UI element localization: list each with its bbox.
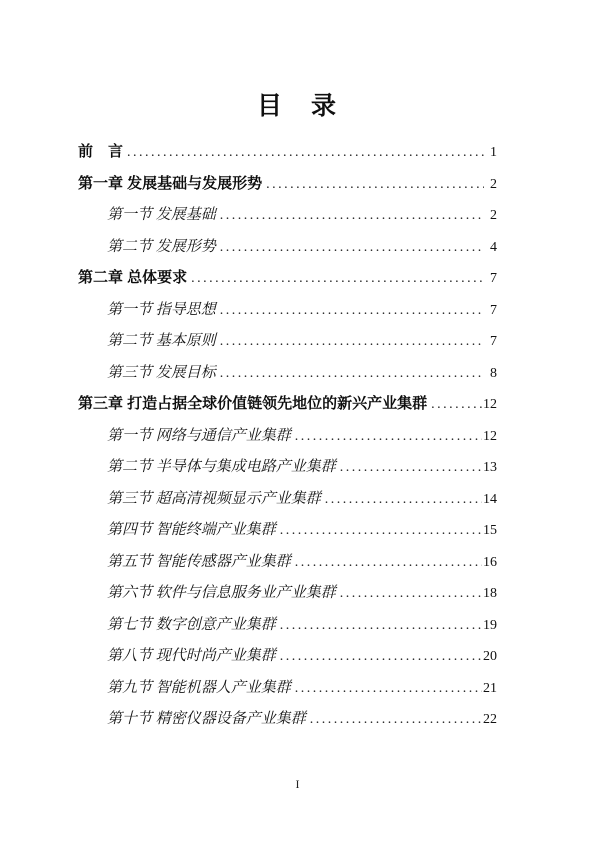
toc-entry-page: 8 <box>485 366 497 382</box>
dot-leader: ........................................… <box>431 397 482 413</box>
toc-entry-page: 12 <box>483 397 497 413</box>
dot-leader: ........................................… <box>280 523 482 539</box>
dot-leader: ........................................… <box>325 492 482 508</box>
toc-entry[interactable]: 第一章 发展基础与发展形势 ..........................… <box>78 172 497 204</box>
toc-entry[interactable]: 第二章 总体要求 ...............................… <box>78 266 497 298</box>
toc-entry-page: 14 <box>483 492 497 508</box>
toc-entry-page: 7 <box>485 271 497 287</box>
toc-entry-page: 22 <box>483 712 497 728</box>
dot-leader: ........................................… <box>220 303 484 319</box>
dot-leader: ........................................… <box>191 271 484 287</box>
dot-leader: ........................................… <box>295 429 482 445</box>
toc-page: 目 录 前 言 ................................… <box>0 0 595 841</box>
toc-entry-label: 第十节 精密仪器设备产业集群 <box>107 707 306 728</box>
toc-entry-page: 18 <box>483 586 497 602</box>
toc-entry[interactable]: 第八节 现代时尚产业集群 ...........................… <box>78 644 497 676</box>
toc-entry[interactable]: 第一节 发展基础 ...............................… <box>78 203 497 235</box>
toc-entry-page: 2 <box>485 208 497 224</box>
toc-entry-page: 2 <box>485 177 497 193</box>
toc-entry-label: 第二节 基本原则 <box>107 329 216 350</box>
toc-entry[interactable]: 第七节 数字创意产业集群 ...........................… <box>78 613 497 645</box>
toc-entry-label: 第七节 数字创意产业集群 <box>107 613 276 634</box>
toc-entry-page: 15 <box>483 523 497 539</box>
page-title: 目 录 <box>0 86 595 122</box>
toc-entry-label: 第三节 超高清视频显示产业集群 <box>107 487 321 508</box>
toc-entry-page: 21 <box>483 681 497 697</box>
toc-entry[interactable]: 第二节 半导体与集成电路产业集群 .......................… <box>78 455 497 487</box>
toc-entry[interactable]: 第一节 指导思想 ...............................… <box>78 298 497 330</box>
toc-entry[interactable]: 第十节 精密仪器设备产业集群 .........................… <box>78 707 497 739</box>
toc-entry[interactable]: 第二节 基本原则 ...............................… <box>78 329 497 361</box>
toc-entry-page: 20 <box>483 649 497 665</box>
toc-entry-page: 19 <box>483 618 497 634</box>
toc-entry-page: 13 <box>483 460 497 476</box>
dot-leader: ........................................… <box>340 460 482 476</box>
toc-entry-label: 第一节 网络与通信产业集群 <box>107 424 291 445</box>
toc-entry-page: 4 <box>485 240 497 256</box>
toc-entry-label: 第二章 总体要求 <box>78 266 187 287</box>
dot-leader: ........................................… <box>295 555 482 571</box>
toc-entry-label: 前 言 <box>78 140 123 161</box>
toc-entry-label: 第九节 智能机器人产业集群 <box>107 676 291 697</box>
toc-entry-label: 第六节 软件与信息服务业产业集群 <box>107 581 336 602</box>
toc-entry[interactable]: 第九节 智能机器人产业集群 ..........................… <box>78 676 497 708</box>
toc-entry-page: 1 <box>485 145 497 161</box>
toc-entry-label: 第一节 发展基础 <box>107 203 216 224</box>
toc-entry[interactable]: 第二节 发展形势 ...............................… <box>78 235 497 267</box>
toc-entry[interactable]: 第一节 网络与通信产业集群 ..........................… <box>78 424 497 456</box>
toc-entry[interactable]: 第四节 智能终端产业集群 ...........................… <box>78 518 497 550</box>
toc-entry-label: 第四节 智能终端产业集群 <box>107 518 276 539</box>
toc-entry[interactable]: 第六节 软件与信息服务业产业集群 .......................… <box>78 581 497 613</box>
dot-leader: ........................................… <box>295 681 482 697</box>
toc-entry-label: 第三章 打造占据全球价值链领先地位的新兴产业集群 <box>78 392 427 413</box>
toc-entry[interactable]: 第五节 智能传感器产业集群 ..........................… <box>78 550 497 582</box>
dot-leader: ........................................… <box>220 240 484 256</box>
toc-entry[interactable]: 第三节 超高清视频显示产业集群 ........................… <box>78 487 497 519</box>
dot-leader: ........................................… <box>280 618 482 634</box>
toc-entry-label: 第五节 智能传感器产业集群 <box>107 550 291 571</box>
toc-entry[interactable]: 第三节 发展目标 ...............................… <box>78 361 497 393</box>
dot-leader: ........................................… <box>220 208 484 224</box>
toc-list: 前 言 ....................................… <box>78 140 497 739</box>
footer-page-number: I <box>0 777 595 792</box>
toc-entry-label: 第一章 发展基础与发展形势 <box>78 172 262 193</box>
toc-entry-page: 12 <box>483 429 497 445</box>
toc-entry-label: 第八节 现代时尚产业集群 <box>107 644 276 665</box>
toc-entry-label: 第二节 半导体与集成电路产业集群 <box>107 455 336 476</box>
dot-leader: ........................................… <box>220 334 484 350</box>
dot-leader: ........................................… <box>310 712 482 728</box>
dot-leader: ........................................… <box>280 649 482 665</box>
dot-leader: ........................................… <box>127 145 484 161</box>
toc-entry[interactable]: 前 言 ....................................… <box>78 140 497 172</box>
toc-entry-page: 16 <box>483 555 497 571</box>
dot-leader: ........................................… <box>220 366 484 382</box>
toc-entry-label: 第三节 发展目标 <box>107 361 216 382</box>
toc-entry-page: 7 <box>485 334 497 350</box>
toc-entry[interactable]: 第三章 打造占据全球价值链领先地位的新兴产业集群 ...............… <box>78 392 497 424</box>
dot-leader: ........................................… <box>340 586 482 602</box>
toc-entry-label: 第一节 指导思想 <box>107 298 216 319</box>
toc-entry-label: 第二节 发展形势 <box>107 235 216 256</box>
toc-entry-page: 7 <box>485 303 497 319</box>
dot-leader: ........................................… <box>266 177 484 193</box>
